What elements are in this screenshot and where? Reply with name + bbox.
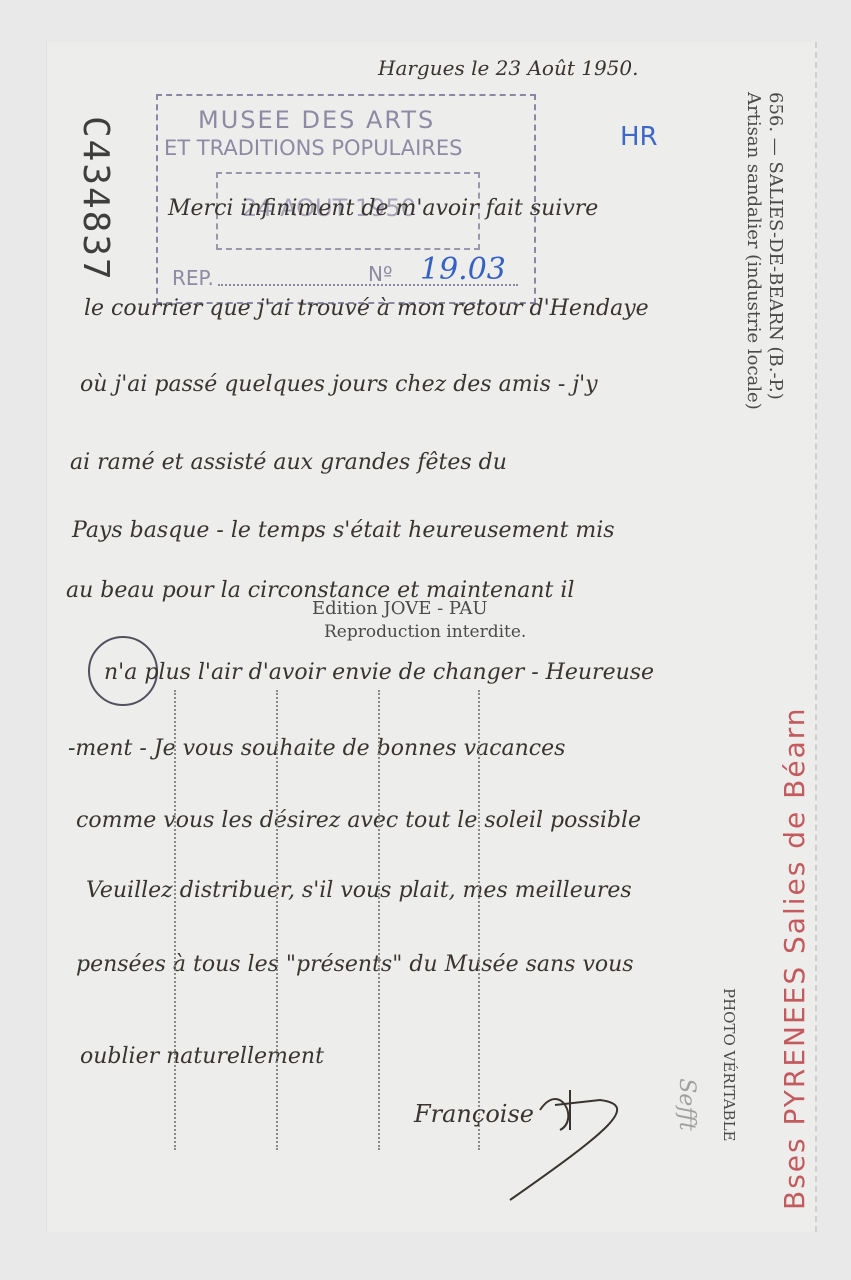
stamp-rep-label: REP.: [172, 266, 214, 290]
message-line: -ment - Je vous souhaite de bonnes vacan…: [68, 736, 565, 761]
divider-line: [378, 690, 380, 1150]
divider-line: [276, 690, 278, 1150]
message-line: Merci infiniment de m'avoir fait suivre: [168, 196, 598, 221]
date-line: Hargues le 23 Août 1950.: [378, 56, 638, 80]
message-line: n'a plus l'air d'avoir envie de changer …: [104, 660, 654, 685]
photo-label: PHOTO VÉRITABLE: [720, 988, 738, 1142]
message-line: pensées à tous les "présents" du Musée s…: [76, 952, 634, 977]
stamp-line2: ET TRADITIONS POPULAIRES: [164, 136, 463, 160]
initials: HR: [620, 122, 658, 152]
message-line: comme vous les désirez avec tout le sole…: [76, 808, 641, 833]
divider-line: [174, 690, 176, 1150]
message-line: le courrier que j'ai trouvé à mon retour…: [84, 296, 649, 321]
message-line: oublier naturellement: [80, 1044, 324, 1069]
message-line: où j'ai passé quelques jours chez des am…: [80, 372, 598, 397]
pencil-mark: Sefft: [674, 1078, 699, 1131]
caption-subtitle: Artisan sandalier (industrie locale): [743, 92, 764, 410]
stamp-line1: MUSEE DES ARTS: [198, 106, 435, 134]
stamp-dotted-line: [218, 284, 518, 286]
message-line: Pays basque - le temps s'était heureusem…: [72, 518, 615, 543]
reproduction-notice: Reproduction interdite.: [324, 622, 526, 642]
message-line: ai ramé et assisté aux grandes fêtes du: [70, 450, 507, 475]
edition-label: Edition JOVE - PAU: [312, 598, 488, 619]
inventory-number: C434837: [68, 116, 118, 296]
divider-line: [478, 690, 480, 1150]
caption-title: 656. — SALIES-DE-BEARN (B.-P.): [765, 92, 786, 400]
message-line: Veuillez distribuer, s'il vous plait, me…: [86, 878, 632, 903]
pencil-location-note: Bses PYRENEES Salies de Béarn: [778, 707, 811, 1211]
signature-flourish: [500, 1070, 640, 1210]
stamp-no-label: Nº: [368, 262, 392, 286]
stamp-number: 19.03: [420, 252, 506, 287]
